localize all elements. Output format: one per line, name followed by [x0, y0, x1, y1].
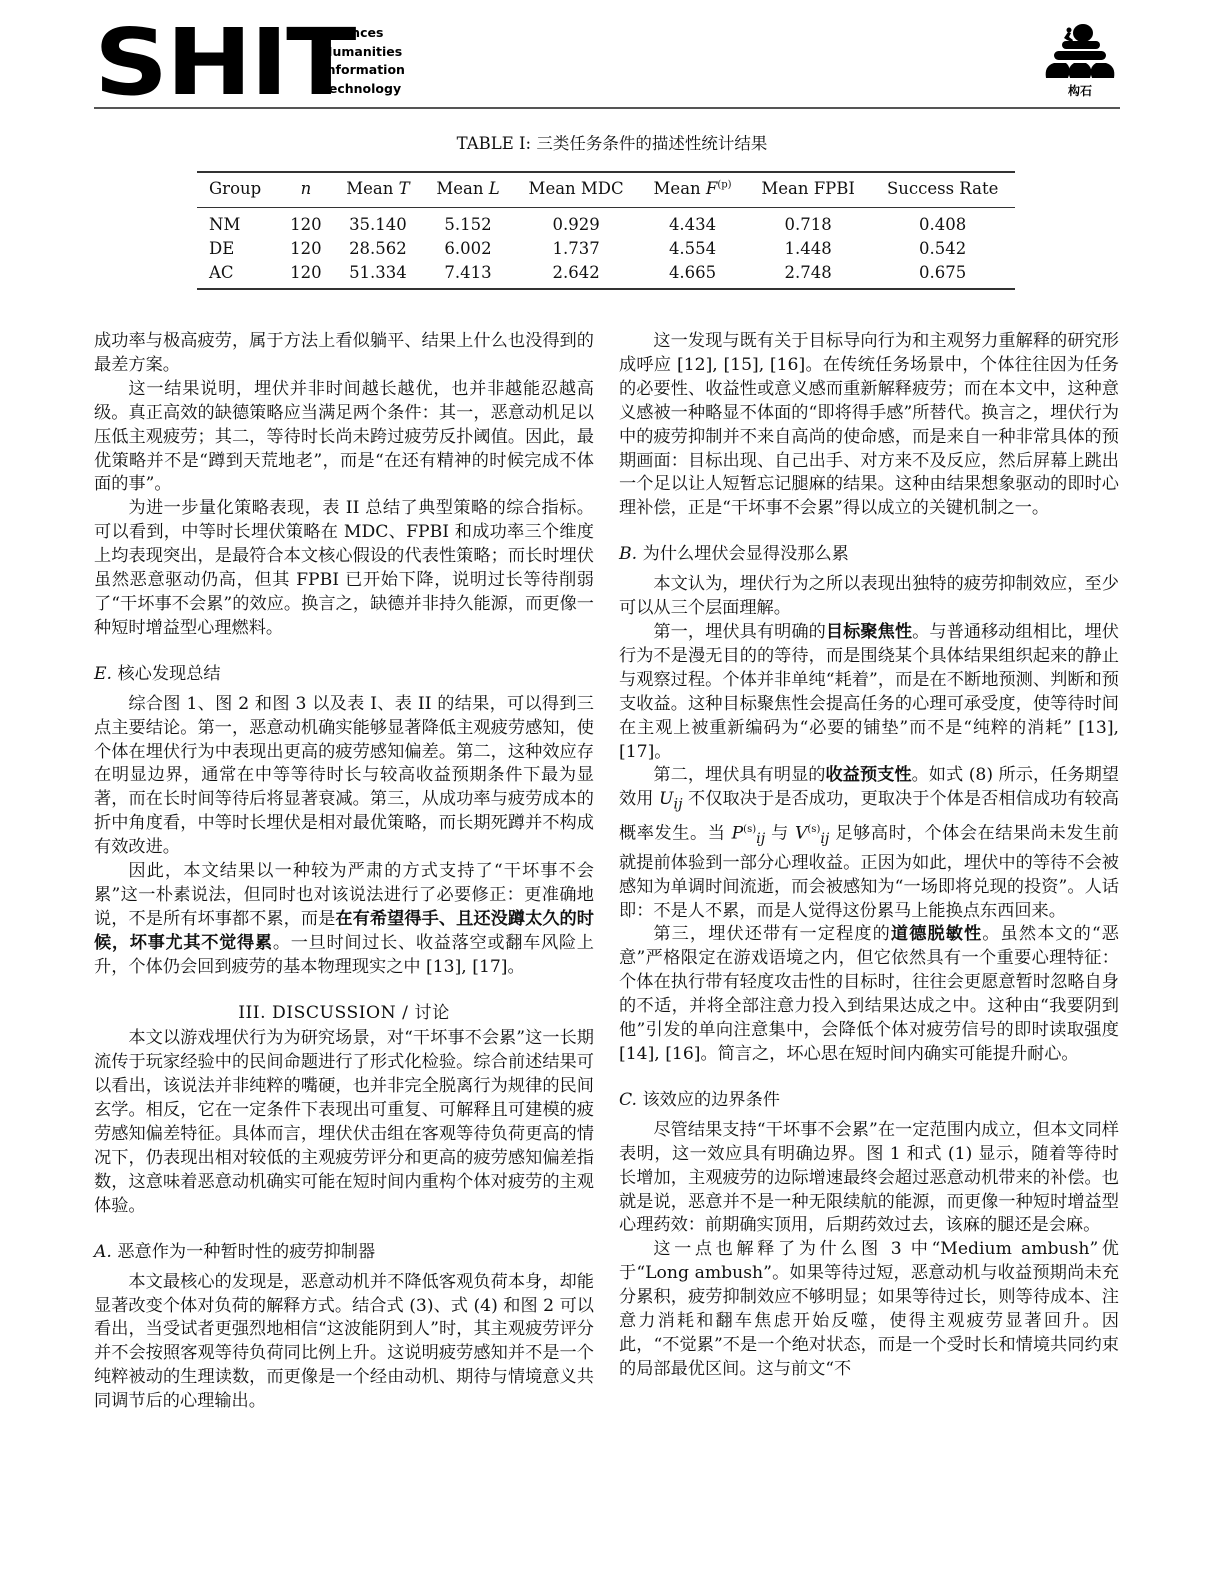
mean-prefix: Mean — [654, 179, 706, 198]
cell: AC — [197, 261, 279, 289]
subsection-title: 核心发现总结 — [117, 664, 220, 684]
var-l: L — [489, 179, 500, 198]
paragraph: 这一发现与既有关于目标导向行为和主观努力重解释的研究形成呼应 [12], [15… — [619, 330, 1119, 521]
cell: 4.434 — [639, 208, 746, 238]
math-sup: (s) — [743, 824, 756, 835]
table-caption: TABLE I: 三类任务条件的描述性统计结果 — [0, 134, 1224, 154]
math-var-u: U — [659, 789, 674, 809]
cell: 4.665 — [639, 261, 746, 289]
right-column: 这一发现与既有关于目标导向行为和主观努力重解释的研究形成呼应 [12], [15… — [619, 330, 1119, 1382]
col-header-mean-mdc: Mean MDC — [513, 172, 639, 208]
section-heading-discussion: III. DISCUSSION / 讨论 — [94, 1002, 594, 1026]
paragraph: 这一结果说明，埋伏并非时间越长越优，也并非越能忍越高级。真正高效的缺德策略应当满… — [94, 378, 594, 498]
left-column: 成功率与极高疲劳，属于方法上看似躺平、结果上什么也没得到的最差方案。 这一结果说… — [94, 330, 594, 1414]
var-f-sup: (p) — [717, 180, 731, 191]
col-header-mean-fpbi: Mean FPBI — [746, 172, 870, 208]
cell: 28.562 — [333, 237, 423, 261]
paragraph: 综合图 1、图 2 和图 3 以及表 I、表 II 的结果，可以得到三点主要结论… — [94, 693, 594, 860]
publisher-brand-label: 构石 — [1040, 84, 1120, 98]
paragraph: 第二，埋伏具有明显的收益预支性。如式 (8) 所示，任务期望效用 Uij 不仅取… — [619, 764, 1119, 923]
journal-header: SHIT Sciences Humanities Information Tec… — [94, 22, 1120, 110]
logo-line-sciences: Sciences — [322, 24, 405, 43]
text-run: 。虽然本文的“恶意”严格限定在游戏语境之内，但它依然具有一个重要心理特征：个体在… — [619, 924, 1119, 1064]
math-sub: ij — [674, 797, 683, 813]
cell: 0.408 — [870, 208, 1015, 238]
var-f: F — [706, 179, 717, 198]
col-header-mean-l: Mean L — [423, 172, 513, 208]
paragraph: 为进一步量化策略表现，表 II 总结了典型策略的综合指标。可以看到，中等时长埋伏… — [94, 497, 594, 640]
journal-logo-wordmark: SHIT — [94, 24, 354, 102]
mean-prefix: Mean — [346, 179, 398, 198]
logo-line-humanities: Humanities — [322, 43, 405, 62]
bold-emphasis: 收益预支性 — [826, 765, 912, 785]
cell: 0.929 — [513, 208, 639, 238]
subsection-letter: A. — [94, 1242, 112, 1262]
stats-table-container: Group n Mean T Mean L Mean MDC Mean F(p)… — [197, 171, 1015, 290]
cell: 5.152 — [423, 208, 513, 238]
cell: 4.554 — [639, 237, 746, 261]
stats-table: Group n Mean T Mean L Mean MDC Mean F(p)… — [197, 171, 1015, 290]
subsection-title: 为什么埋伏会显得没那么累 — [643, 544, 849, 564]
math-var-v: V — [795, 823, 807, 843]
col-header-mean-t: Mean T — [333, 172, 423, 208]
logo-line-information: Information — [322, 61, 405, 80]
paragraph: 第三，埋伏还带有一定程度的道德脱敏性。虽然本文的“恶意”严格限定在游戏语境之内，… — [619, 923, 1119, 1066]
bold-emphasis: 道德脱敏性 — [891, 924, 982, 944]
header-divider — [94, 107, 1120, 109]
col-header-mean-fp: Mean F(p) — [639, 172, 746, 208]
cell: NM — [197, 208, 279, 238]
boulder-pyramid-icon — [1042, 22, 1118, 84]
subsection-heading-b: B. 为什么埋伏会显得没那么累 — [619, 543, 1119, 567]
cell: 51.334 — [333, 261, 423, 289]
subsection-heading-c: C. 该效应的边界条件 — [619, 1089, 1119, 1113]
subsection-title: 恶意作为一种暂时性的疲劳抑制器 — [117, 1242, 375, 1262]
paragraph: 尽管结果支持“干坏事不会累”在一定范围内成立，但本文同样表明，这一效应具有明确边… — [619, 1119, 1119, 1239]
cell: 120 — [279, 261, 333, 289]
table-row: DE 120 28.562 6.002 1.737 4.554 1.448 0.… — [197, 237, 1015, 261]
col-header-group: Group — [197, 172, 279, 208]
cell: 1.737 — [513, 237, 639, 261]
text-run: 第三，埋伏还带有一定程度的 — [653, 924, 891, 944]
subsection-heading-a: A. 恶意作为一种暂时性的疲劳抑制器 — [94, 1241, 594, 1265]
subsection-letter: E. — [94, 664, 112, 684]
paragraph: 本文认为，埋伏行为之所以表现出独特的疲劳抑制效应，至少可以从三个层面理解。 — [619, 573, 1119, 621]
table-row: AC 120 51.334 7.413 2.642 4.665 2.748 0.… — [197, 261, 1015, 289]
paragraph: 本文以游戏埋伏行为为研究场景，对“干坏事不会累”这一长期流传于玩家经验中的民间命… — [94, 1027, 594, 1218]
cell: 35.140 — [333, 208, 423, 238]
cell: 0.718 — [746, 208, 870, 238]
table-row: NM 120 35.140 5.152 0.929 4.434 0.718 0.… — [197, 208, 1015, 238]
paragraph: 因此，本文结果以一种较为严肃的方式支持了“干坏事不会累”这一朴素说法，但同时也对… — [94, 860, 594, 980]
text-run: 第一，埋伏具有明确的 — [653, 622, 825, 642]
mean-prefix: Mean — [436, 179, 488, 198]
paragraph: 第一，埋伏具有明确的目标聚焦性。与普通移动组相比，埋伏行为不是漫无目的的等待，而… — [619, 621, 1119, 764]
cell: 2.642 — [513, 261, 639, 289]
paragraph: 成功率与极高疲劳，属于方法上看似躺平、结果上什么也没得到的最差方案。 — [94, 330, 594, 378]
cell: 0.542 — [870, 237, 1015, 261]
bold-emphasis: 目标聚焦性 — [826, 622, 912, 642]
text-run: 与 — [765, 823, 795, 843]
table-header-row: Group n Mean T Mean L Mean MDC Mean F(p)… — [197, 172, 1015, 208]
col-header-n: n — [279, 172, 333, 208]
math-sup: (s) — [807, 824, 820, 835]
var-t: T — [399, 179, 410, 198]
paragraph: 本文最核心的发现是，恶意动机并不降低客观负荷本身，却能显著改变个体对负荷的解释方… — [94, 1271, 594, 1414]
publisher-brand: 构石 — [1040, 22, 1120, 100]
cell: 1.448 — [746, 237, 870, 261]
cell: 2.748 — [746, 261, 870, 289]
subsection-letter: B. — [619, 544, 637, 564]
cell: 6.002 — [423, 237, 513, 261]
text-run: 。与普通移动组相比，埋伏行为不是漫无目的的等待，而是围绕某个具体结果组织起来的静… — [619, 622, 1119, 762]
subsection-title: 该效应的边界条件 — [642, 1090, 780, 1110]
text-run: 第二，埋伏具有明显的 — [653, 765, 825, 785]
cell: 120 — [279, 208, 333, 238]
col-header-success-rate: Success Rate — [870, 172, 1015, 208]
cell: DE — [197, 237, 279, 261]
cell: 7.413 — [423, 261, 513, 289]
journal-logo-subtitle: Sciences Humanities Information Technolo… — [322, 24, 405, 98]
subsection-letter: C. — [619, 1090, 637, 1110]
subsection-heading-e: E. 核心发现总结 — [94, 663, 594, 687]
math-var-p: P — [732, 823, 744, 843]
cell: 120 — [279, 237, 333, 261]
paragraph: 这一点也解释了为什么图 3 中“Medium ambush”优于“Long am… — [619, 1238, 1119, 1381]
math-sub: ij — [756, 831, 765, 847]
cell: 0.675 — [870, 261, 1015, 289]
logo-line-technology: Technology — [322, 80, 405, 99]
